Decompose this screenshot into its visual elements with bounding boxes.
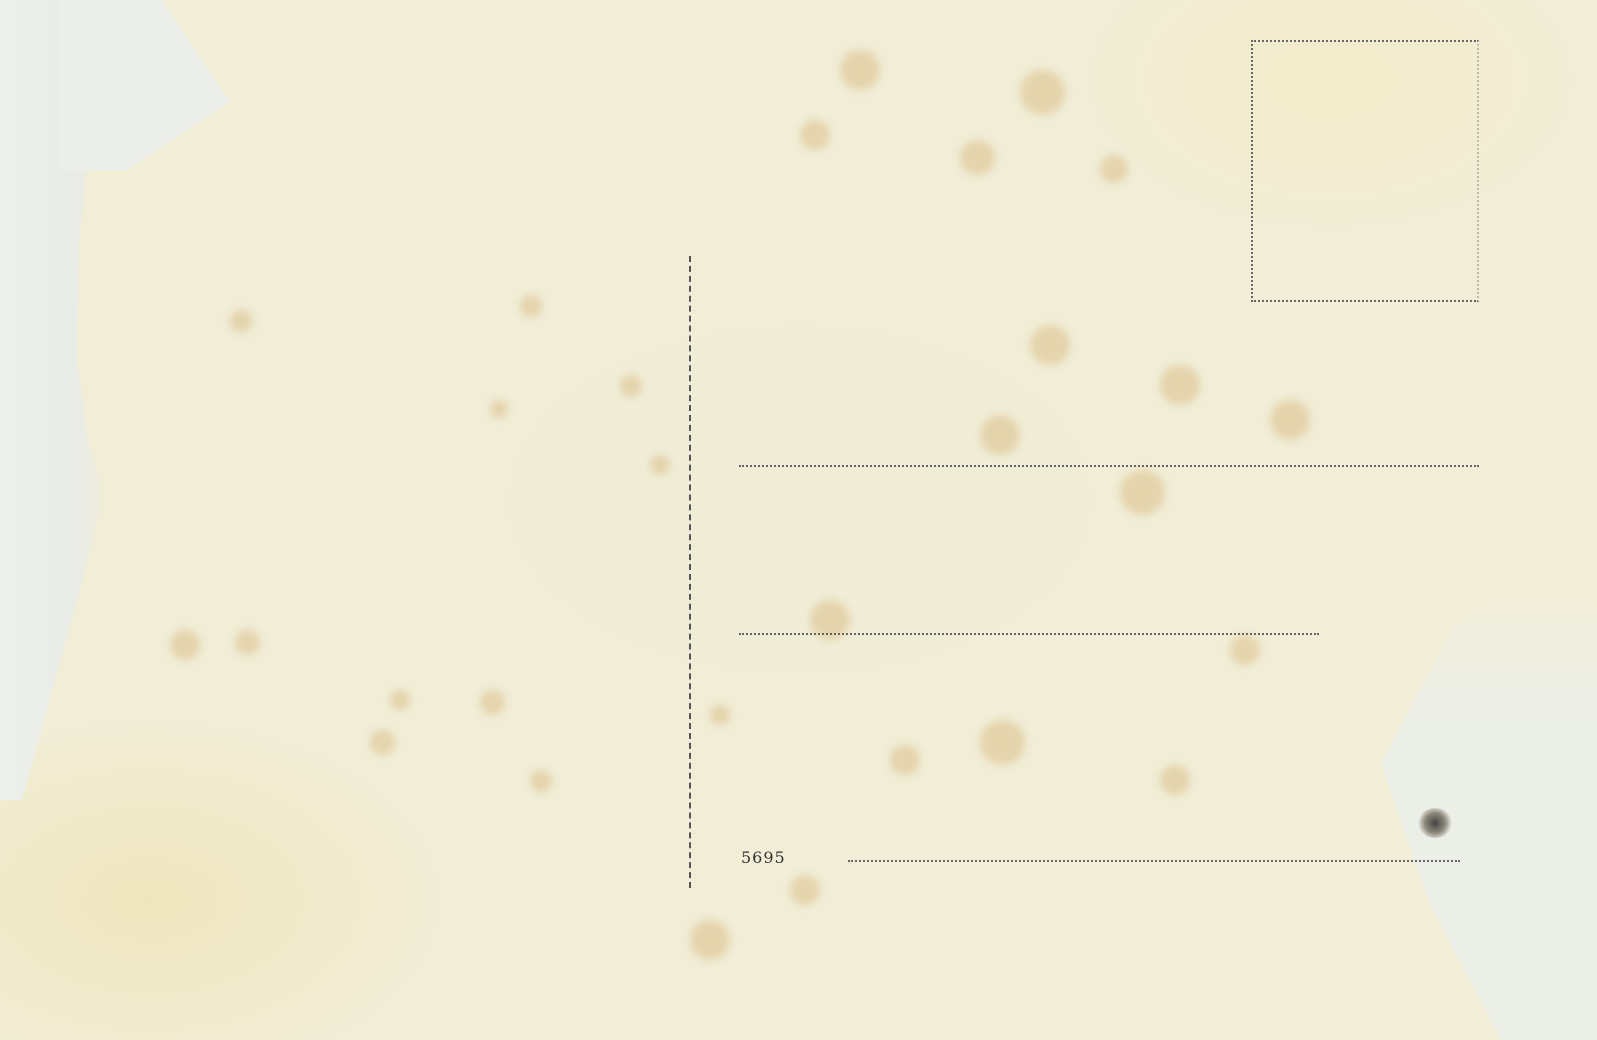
postcard-divider-line — [689, 256, 691, 888]
stamp-box — [1251, 40, 1479, 302]
address-line-1 — [739, 465, 1479, 467]
torn-paper-top — [60, 0, 230, 170]
postcard-back: 5695 — [0, 0, 1597, 1040]
publisher-number: 5695 — [741, 848, 786, 867]
address-line-3 — [848, 860, 1460, 862]
torn-paper-bottom-right — [1357, 580, 1597, 1040]
ink-stain — [1418, 808, 1452, 838]
address-line-2 — [739, 633, 1319, 635]
